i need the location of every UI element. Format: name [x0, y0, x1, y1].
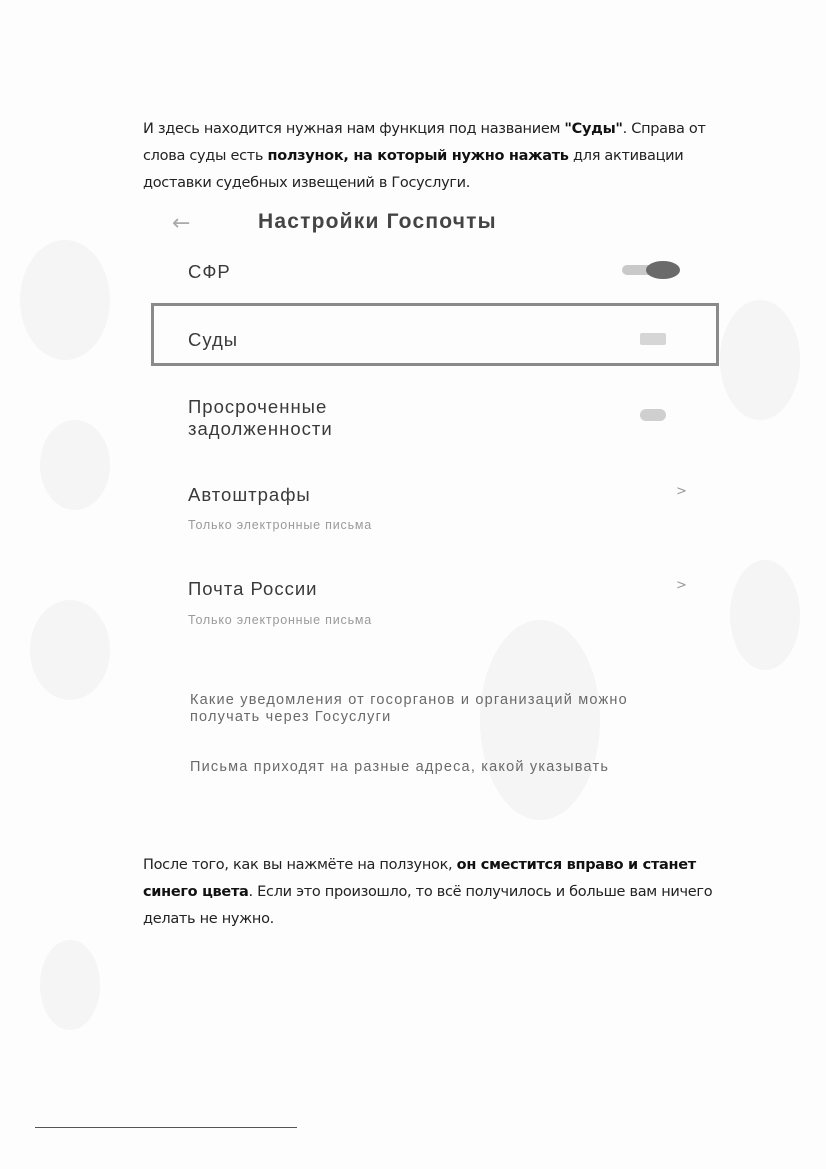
back-arrow-icon[interactable]: ← [172, 212, 202, 236]
screen-title: Настройки Госпочты [258, 210, 497, 234]
setting-sub-avtoshtrafy: Только электронные письма [188, 518, 372, 532]
footnote-divider [35, 1127, 297, 1128]
setting-label-prosrochennye-line1: Просроченные [188, 396, 327, 418]
scan-artifact [40, 940, 100, 1030]
chevron-right-icon[interactable]: > [676, 484, 687, 499]
setting-label-sudy: Суды [188, 329, 238, 351]
outro-text: После того, как вы нажмёте на ползунок, [143, 857, 457, 873]
scan-artifact [730, 560, 800, 670]
setting-sub-pochta-rossii: Только электронные письма [188, 613, 372, 627]
intro-bold-sudy: "Суды" [564, 121, 622, 137]
info-link-addresses[interactable]: Письма приходят на разные адреса, какой … [190, 759, 660, 776]
toggle-prosrochennye[interactable] [640, 409, 666, 421]
scan-artifact [30, 600, 110, 700]
chevron-right-icon[interactable]: > [676, 578, 687, 593]
setting-label-sfr: СФР [188, 261, 231, 283]
toggle-sudy[interactable] [640, 333, 666, 345]
toggle-sfr[interactable] [622, 261, 680, 279]
setting-label-pochta-rossii[interactable]: Почта России [188, 578, 318, 600]
scan-artifact [20, 240, 110, 360]
toggle-knob [646, 261, 680, 279]
scan-artifact [40, 420, 110, 510]
outro-paragraph: После того, как вы нажмёте на ползунок, … [143, 852, 743, 933]
setting-label-prosrochennye-line2: задолженности [188, 418, 333, 440]
intro-bold-slider: ползунок, на который нужно нажать [267, 148, 568, 164]
info-link-notifications[interactable]: Какие уведомления от госорганов и органи… [190, 692, 660, 726]
setting-label-avtoshtrafy[interactable]: Автоштрафы [188, 484, 311, 506]
scan-artifact [720, 300, 800, 420]
intro-text: И здесь находится нужная нам функция под… [143, 121, 564, 137]
intro-paragraph: И здесь находится нужная нам функция под… [143, 116, 743, 197]
